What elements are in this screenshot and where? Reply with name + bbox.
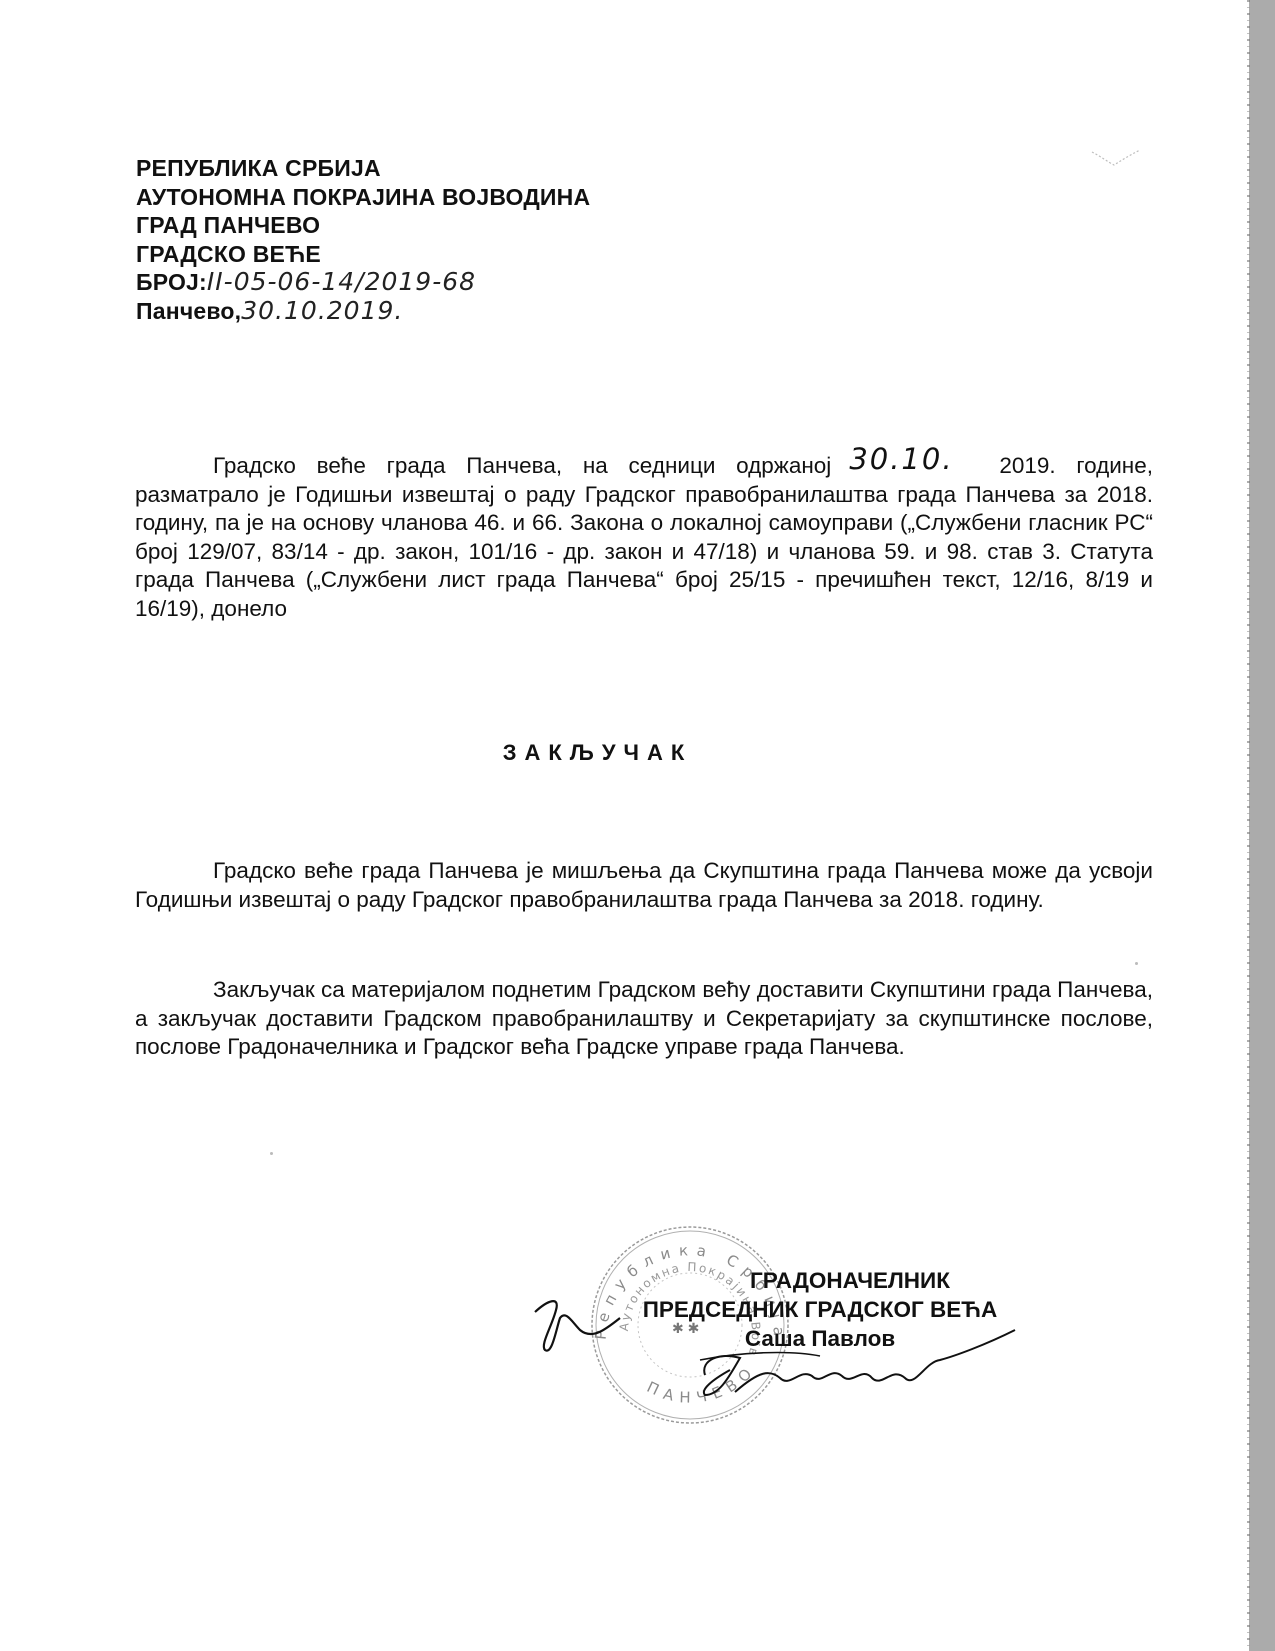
- handwritten-signatures: [0, 0, 1275, 1651]
